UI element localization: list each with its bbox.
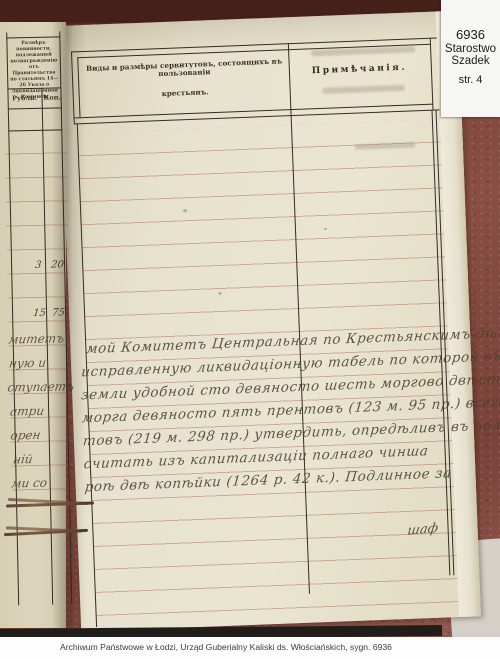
- servitude-header-line2: крестьянъ.: [83, 85, 288, 101]
- signature-mark: шаф: [406, 521, 439, 539]
- label-office-name: Starostwo: [441, 43, 500, 55]
- amount-rubles: 15: [32, 308, 46, 319]
- amount-rubles: 3: [34, 260, 42, 271]
- notes-header: Примѣчанія.: [291, 62, 428, 77]
- photo-area: Виды и размѣры сервитутовъ, состоящихъ в…: [0, 0, 500, 637]
- archive-label: 6936 Starostwo Szadek str. 4: [441, 0, 500, 117]
- handwriting-fragment: ми со: [11, 476, 49, 491]
- document-page: Виды и размѣры сервитутовъ, состоящихъ в…: [58, 11, 481, 632]
- table-border-right-header: [430, 38, 434, 110]
- label-place-name: Szadek: [441, 55, 500, 67]
- archival-photo-page: Виды и размѣры сервитутовъ, состоящихъ в…: [0, 0, 500, 659]
- handwriting-fragment: орен: [10, 428, 42, 443]
- handwriting-fragment: ній: [12, 452, 34, 466]
- binding-gutter-shadow: [52, 22, 86, 634]
- caption-bar: Archiwum Państwowe w Łodzi, Urząd Guberi…: [0, 637, 500, 659]
- archive-caption-text: Archiwum Państwowe w Łodzi, Urząd Guberi…: [0, 642, 452, 652]
- rubles-label: Рубли.: [8, 94, 42, 103]
- handwriting-fragment: атри: [9, 404, 45, 419]
- servitude-header-line1: Виды и размѣры сервитутовъ, состоящихъ в…: [82, 57, 287, 81]
- ink-blot: [218, 292, 221, 295]
- handwriting-fragment: ную и: [8, 356, 47, 371]
- ink-showthrough: [323, 85, 405, 94]
- label-signature-number: 6936: [441, 27, 500, 42]
- label-page-number: str. 4: [441, 74, 500, 86]
